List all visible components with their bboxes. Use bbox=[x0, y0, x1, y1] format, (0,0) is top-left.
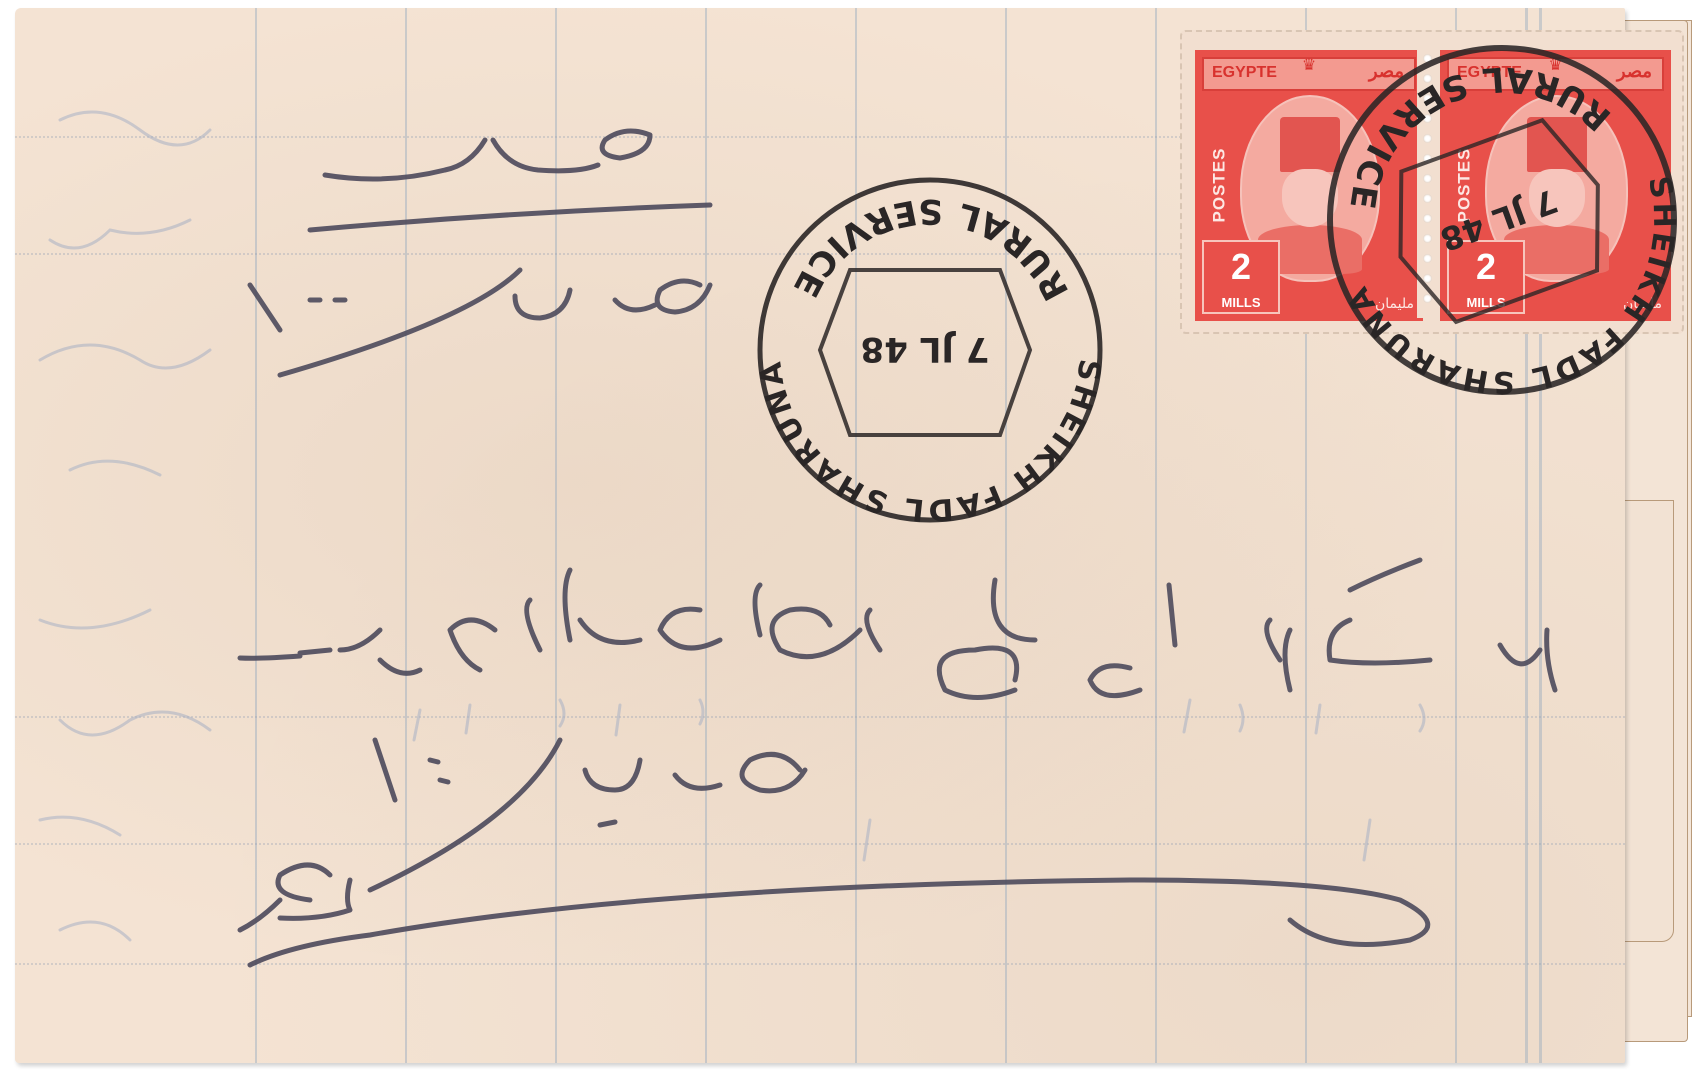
dotted-line bbox=[15, 843, 1625, 845]
stamp-country-label-ar: مصر bbox=[1369, 61, 1404, 82]
stamp-country-label: EGYPTE bbox=[1457, 64, 1522, 82]
stamp-value: 2 bbox=[1449, 246, 1523, 288]
dotted-line bbox=[15, 716, 1625, 718]
ruled-line bbox=[855, 8, 857, 1063]
ruled-line bbox=[555, 8, 557, 1063]
ruled-line bbox=[705, 8, 707, 1063]
stamp-value: 2 bbox=[1204, 246, 1278, 288]
perforations bbox=[1417, 46, 1439, 318]
stamp-country-label: EGYPTE bbox=[1212, 64, 1277, 82]
ruled-line bbox=[405, 8, 407, 1063]
portrait-fez bbox=[1280, 117, 1340, 172]
crown-icon: ♛ bbox=[1302, 55, 1316, 74]
crown-icon: ♛ bbox=[1548, 55, 1562, 74]
portrait-fez bbox=[1527, 117, 1587, 172]
stamp-unit-ar: مليمان bbox=[1623, 296, 1662, 312]
stamp-unit: MILLS bbox=[1204, 295, 1278, 310]
stamp-value-box: 2 MILLS bbox=[1447, 240, 1525, 314]
dotted-line bbox=[15, 963, 1625, 965]
stamp-unit-ar: مليمان bbox=[1375, 296, 1414, 312]
portrait-face bbox=[1282, 169, 1338, 227]
postage-stamp: EGYPTE مصر ♛ POSTES 2 MILLS مليمان bbox=[1195, 50, 1423, 321]
stamp-value-box: 2 MILLS bbox=[1202, 240, 1280, 314]
stamp-unit: MILLS bbox=[1449, 295, 1523, 310]
portrait-face bbox=[1529, 169, 1585, 227]
ruled-line bbox=[1005, 8, 1007, 1063]
ruled-line bbox=[255, 8, 257, 1063]
ruled-line bbox=[1155, 8, 1157, 1063]
stamp-country-label-ar: مصر bbox=[1617, 61, 1652, 82]
postage-stamp: EGYPTE مصر ♛ POSTES 2 MILLS مليمان bbox=[1440, 50, 1671, 321]
